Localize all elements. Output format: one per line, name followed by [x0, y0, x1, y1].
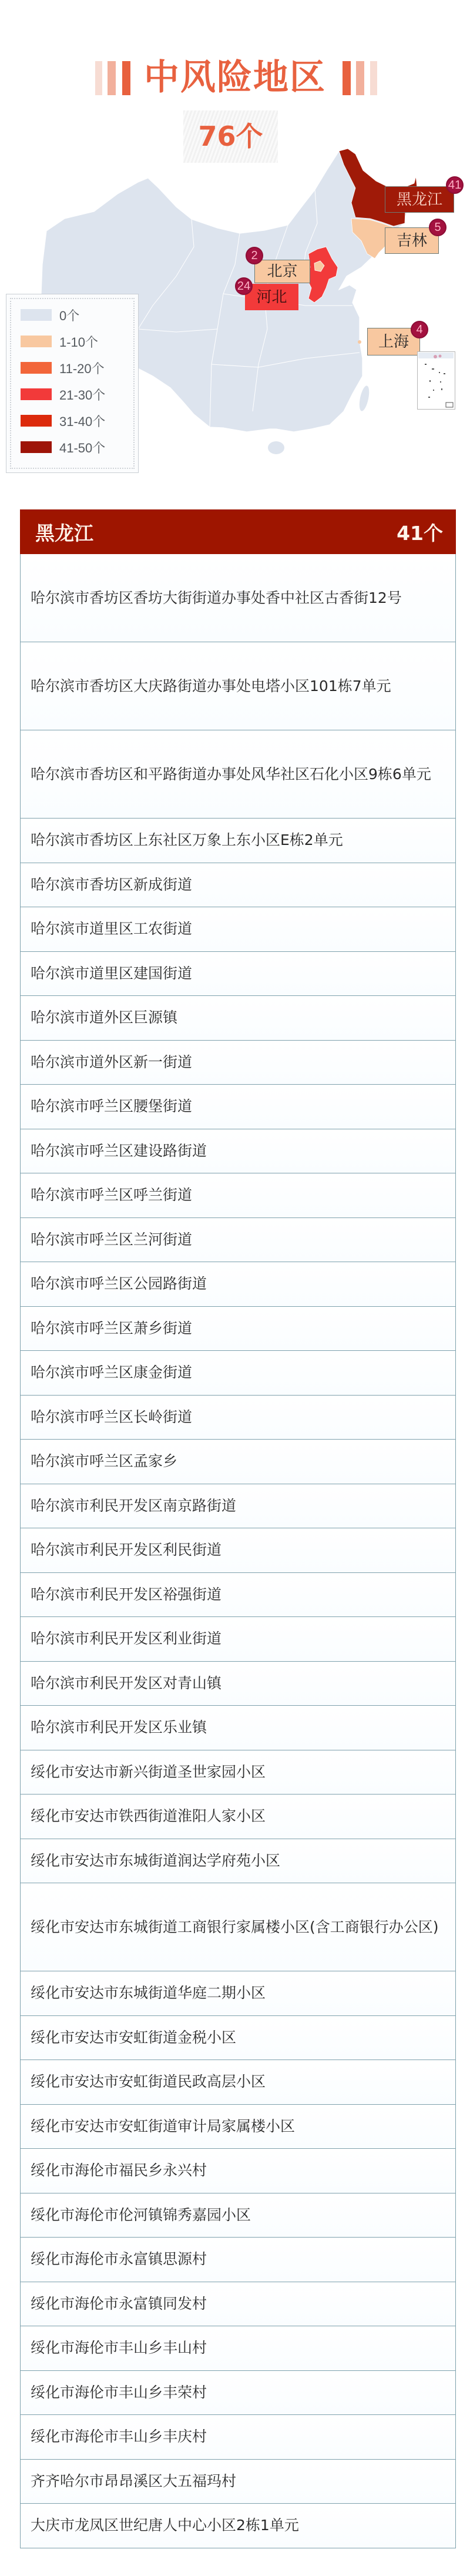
legend-item: 41-50个 [21, 438, 105, 456]
area-name: 哈尔滨市香坊区香坊大街街道办事处香中社区古香街12号 [31, 587, 402, 609]
area-name: 绥化市海伦市永富镇同发村 [31, 2293, 207, 2315]
region-label: 吉林 [397, 233, 427, 249]
decor-bar [108, 61, 116, 95]
legend-item: 0个 [21, 306, 79, 324]
list-item: 绥化市安达市铁西街道淮阳人家小区 [21, 1795, 455, 1839]
area-name: 绥化市安达市东城街道润达学府苑小区 [31, 1850, 280, 1872]
list-item: 绥化市安达市安虹街道民政高层小区 [21, 2060, 455, 2105]
area-name: 哈尔滨市道里区建国街道 [31, 962, 192, 985]
list-item: 哈尔滨市道外区新一街道 [21, 1041, 455, 1085]
list-item: 哈尔滨市香坊区香坊大街街道办事处香中社区古香街12号 [21, 554, 455, 642]
area-name: 绥化市海伦市伦河镇锦秀嘉园小区 [31, 2204, 251, 2226]
list-item: 绥化市海伦市永富镇思源村 [21, 2238, 455, 2282]
callout-beijing: 北京 [254, 260, 310, 283]
legend-label: 41-50个 [59, 438, 105, 457]
count-badge: 4 [411, 321, 428, 338]
area-name: 哈尔滨市道里区工农街道 [31, 918, 192, 940]
area-name: 绥化市安达市东城街道工商银行家属楼小区(含工商银行办公区) [31, 1916, 439, 1938]
list-item: 哈尔滨市道外区巨源镇 [21, 996, 455, 1041]
area-name: 哈尔滨市呼兰区呼兰街道 [31, 1184, 192, 1206]
decor-bar [370, 61, 377, 95]
area-name: 哈尔滨市呼兰区萧乡街道 [31, 1317, 192, 1340]
list-item: 哈尔滨市香坊区上东社区万象上东小区E栋2单元 [21, 819, 455, 863]
list-body: 哈尔滨市香坊区香坊大街街道办事处香中社区古香街12号哈尔滨市香坊区大庆路街道办事… [20, 554, 456, 2548]
legend-label: 0个 [59, 306, 79, 324]
list-item: 哈尔滨市呼兰区腰堡街道 [21, 1085, 455, 1129]
area-name: 哈尔滨市香坊区新成街道 [31, 874, 192, 896]
region-label: 黑龙江 [397, 192, 442, 207]
page-title: 中风险地区 [136, 56, 334, 99]
area-name: 哈尔滨市呼兰区腰堡街道 [31, 1095, 192, 1118]
list-item: 哈尔滨市呼兰区呼兰街道 [21, 1173, 455, 1218]
area-name: 绥化市安达市新兴街道圣世家园小区 [31, 1761, 266, 1783]
area-name: 哈尔滨市呼兰区孟家乡 [31, 1450, 177, 1473]
taiwan-island [358, 385, 371, 412]
area-name: 哈尔滨市利民开发区裕强街道 [31, 1584, 221, 1606]
count-badge: 24 [235, 277, 253, 295]
callout-hebei: 河北 [245, 284, 298, 310]
area-name: 哈尔滨市道外区巨源镇 [31, 1007, 177, 1029]
list-item: 哈尔滨市利民开发区裕强街道 [21, 1573, 455, 1618]
legend-swatch [21, 441, 52, 453]
list-item: 绥化市海伦市永富镇同发村 [21, 2282, 455, 2327]
list-item: 哈尔滨市呼兰区公园路街道 [21, 1262, 455, 1307]
province-name: 黑龙江 [35, 518, 93, 546]
hainan-island [268, 441, 284, 454]
south-china-sea-inset [417, 351, 455, 410]
area-name: 绥化市海伦市丰山乡丰山村 [31, 2337, 207, 2359]
area-name: 绥化市海伦市丰山乡丰荣村 [31, 2382, 207, 2404]
area-name: 哈尔滨市利民开发区对青山镇 [31, 1672, 221, 1695]
list-item: 哈尔滨市香坊区和平路街道办事处风华社区石化小区9栋6单元 [21, 730, 455, 819]
list-item: 绥化市海伦市丰山乡丰荣村 [21, 2371, 455, 2416]
area-name: 哈尔滨市呼兰区康金街道 [31, 1361, 192, 1384]
legend-label: 21-30个 [59, 385, 105, 404]
area-name: 哈尔滨市道外区新一街道 [31, 1051, 192, 1074]
list-item: 绥化市海伦市伦河镇锦秀嘉园小区 [21, 2193, 455, 2238]
region-shanghai [358, 340, 361, 344]
area-name: 大庆市龙凤区世纪唐人中心小区2栋1单元 [31, 2514, 299, 2537]
legend-swatch [21, 309, 52, 321]
legend-label: 11-20个 [59, 359, 105, 377]
list-item: 绥化市安达市东城街道工商银行家属楼小区(含工商银行办公区) [21, 1883, 455, 1971]
list-item: 哈尔滨市利民开发区对青山镇 [21, 1662, 455, 1706]
decor-bar [356, 61, 364, 95]
list-item: 哈尔滨市呼兰区康金街道 [21, 1351, 455, 1396]
region-label: 河北 [256, 290, 287, 305]
legend-swatch [21, 388, 52, 400]
list-item: 哈尔滨市呼兰区长岭街道 [21, 1396, 455, 1440]
count-badge: 41 [446, 176, 464, 194]
risk-area-list: 黑龙江 41个 哈尔滨市香坊区香坊大街街道办事处香中社区古香街12号哈尔滨市香坊… [20, 509, 456, 2548]
callout-heilongjiang: 黑龙江 [385, 186, 454, 213]
list-item: 绥化市安达市新兴街道圣世家园小区 [21, 1750, 455, 1795]
list-item: 哈尔滨市呼兰区兰河街道 [21, 1218, 455, 1263]
list-item: 绥化市安达市安虹街道审计局家属楼小区 [21, 2105, 455, 2149]
area-name: 绥化市安达市铁西街道淮阳人家小区 [31, 1805, 266, 1827]
list-item: 哈尔滨市利民开发区利民街道 [21, 1528, 455, 1573]
list-header: 黑龙江 41个 [20, 509, 456, 554]
area-name: 哈尔滨市利民开发区利民街道 [31, 1539, 221, 1561]
area-name: 哈尔滨市香坊区大庆路街道办事处电塔小区101栋7单元 [31, 675, 391, 697]
area-name: 绥化市安达市安虹街道民政高层小区 [31, 2071, 266, 2093]
legend-label: 1-10个 [59, 333, 98, 351]
list-item: 哈尔滨市道里区建国街道 [21, 952, 455, 997]
area-name: 哈尔滨市利民开发区乐业镇 [31, 1716, 207, 1739]
area-name: 绥化市海伦市丰山乡丰庆村 [31, 2426, 207, 2448]
legend-item: 31-40个 [21, 412, 105, 430]
inset-map-icon [418, 352, 455, 409]
count-badge: 2 [246, 247, 263, 264]
area-name: 绥化市海伦市福民乡永兴村 [31, 2159, 207, 2182]
list-item: 绥化市海伦市丰山乡丰庆村 [21, 2415, 455, 2460]
list-item: 哈尔滨市呼兰区孟家乡 [21, 1440, 455, 1484]
legend-label: 31-40个 [59, 412, 105, 430]
province-count: 41个 [397, 518, 443, 546]
map-legend: 0个 1-10个 11-20个 21-30个 31-40个 41-50个 [6, 294, 139, 473]
area-name: 哈尔滨市香坊区上东社区万象上东小区E栋2单元 [31, 829, 343, 851]
list-item: 大庆市龙凤区世纪唐人中心小区2栋1单元 [21, 2504, 455, 2548]
area-name: 哈尔滨市利民开发区利业街道 [31, 1628, 221, 1650]
list-item: 哈尔滨市道里区工农街道 [21, 907, 455, 952]
legend-item: 1-10个 [21, 333, 98, 350]
list-item: 齐齐哈尔市昂昂溪区大五福玛村 [21, 2460, 455, 2504]
area-name: 哈尔滨市呼兰区公园路街道 [31, 1273, 207, 1295]
list-item: 哈尔滨市呼兰区萧乡街道 [21, 1307, 455, 1351]
legend-item: 21-30个 [21, 385, 105, 403]
area-name: 绥化市安达市安虹街道审计局家属楼小区 [31, 2115, 295, 2138]
list-item: 哈尔滨市利民开发区南京路街道 [21, 1484, 455, 1529]
list-item: 哈尔滨市利民开发区利业街道 [21, 1617, 455, 1662]
area-name: 绥化市安达市安虹街道金税小区 [31, 2027, 236, 2049]
area-name: 哈尔滨市利民开发区南京路街道 [31, 1495, 236, 1517]
list-item: 哈尔滨市利民开发区乐业镇 [21, 1706, 455, 1750]
area-name: 绥化市安达市东城街道华庭二期小区 [31, 1982, 266, 2004]
legend-item: 11-20个 [21, 359, 105, 377]
area-name: 哈尔滨市呼兰区建设路街道 [31, 1140, 207, 1162]
list-item: 绥化市安达市安虹街道金税小区 [21, 2016, 455, 2061]
decor-bar [343, 61, 351, 95]
title-banner: 中风险地区 [0, 56, 470, 99]
decor-bar [95, 61, 102, 95]
area-name: 哈尔滨市呼兰区长岭街道 [31, 1406, 192, 1428]
area-name: 齐齐哈尔市昂昂溪区大五福玛村 [31, 2470, 236, 2493]
area-name: 绥化市海伦市永富镇思源村 [31, 2248, 207, 2270]
region-label: 上海 [378, 334, 409, 350]
region-label: 北京 [267, 264, 297, 279]
list-item: 绥化市安达市东城街道华庭二期小区 [21, 1971, 455, 2016]
list-item: 哈尔滨市呼兰区建设路街道 [21, 1129, 455, 1174]
decor-bar [122, 61, 130, 95]
area-name: 哈尔滨市呼兰区兰河街道 [31, 1229, 192, 1251]
legend-swatch [21, 336, 52, 347]
area-name: 哈尔滨市香坊区和平路街道办事处风华社区石化小区9栋6单元 [31, 763, 431, 786]
list-item: 绥化市海伦市丰山乡丰山村 [21, 2326, 455, 2371]
legend-swatch [21, 415, 52, 427]
list-item: 绥化市海伦市福民乡永兴村 [21, 2149, 455, 2193]
list-item: 绥化市安达市东城街道润达学府苑小区 [21, 1839, 455, 1884]
list-item: 哈尔滨市香坊区新成街道 [21, 863, 455, 908]
count-badge: 5 [429, 219, 446, 236]
list-item: 哈尔滨市香坊区大庆路街道办事处电塔小区101栋7单元 [21, 642, 455, 730]
legend-swatch [21, 362, 52, 374]
